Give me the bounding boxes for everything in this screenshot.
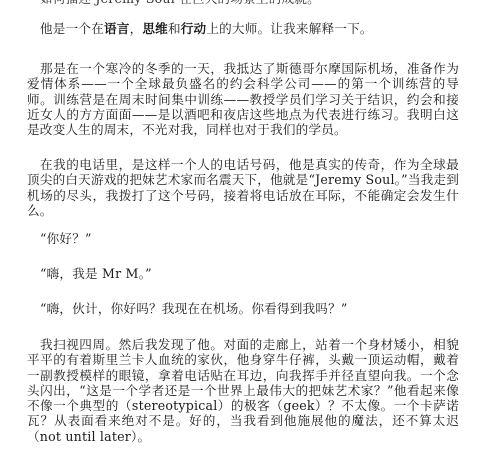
bold-term-action: 行动 xyxy=(181,21,207,36)
bold-term-thinking: 思维 xyxy=(142,21,168,36)
text-segment: ， xyxy=(130,21,143,36)
paragraph-intro: 他是一个在语言，思维和行动上的大师。让我来解释一下。 xyxy=(27,21,459,36)
partial-top-line: 如何描述 Jeremy Soul 在巨大的场景上的成就。 xyxy=(40,0,340,6)
dialogue-line-3: “嗨，伙计，你好吗？我现在在机场。你看得到我吗？” xyxy=(27,301,459,316)
dialogue-line-2: “嗨，我是 Mr M。” xyxy=(27,266,459,281)
text-segment: 和 xyxy=(168,21,181,36)
text-segment: 上的大师。让我来解释一下。 xyxy=(206,21,372,36)
paragraph-meeting: 我扫视四周。然后我发现了他。对面的走廊上，站着一个身材矮小，相貌平平的有着斯里兰… xyxy=(27,337,459,444)
bold-term-language: 语言 xyxy=(104,21,130,36)
paragraph-phone: 在我的电话里，是这样一个人的电话号码，他是真实的传奇，作为全球最顶尖的白天游戏的… xyxy=(27,157,459,218)
text-segment: 他是一个在 xyxy=(40,21,104,36)
document-page: 如何描述 Jeremy Soul 在巨大的场景上的成就。 他是一个在语言，思维和… xyxy=(0,0,480,450)
dialogue-line-1: “你好？” xyxy=(27,231,459,246)
paragraph-arrival: 那是在一个寒冷的冬季的一天，我抵达了斯德哥尔摩国际机场，准备作为爱情体系——一个… xyxy=(27,61,459,137)
